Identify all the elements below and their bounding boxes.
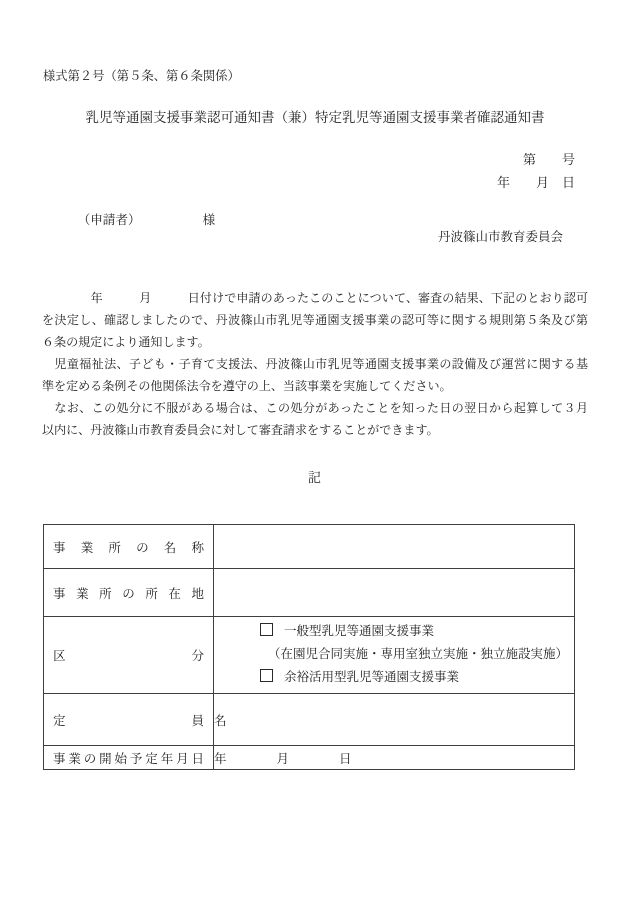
- business-address-value: [214, 569, 575, 617]
- category-option-surplus-label: 余裕活用型乳児等通園支援事業: [284, 670, 459, 684]
- table-row-business-address: 事業所の所在地: [44, 569, 575, 617]
- body-line: 以内に、丹波篠山市教育委員会に対して審査請求をすることができます。: [42, 419, 588, 441]
- document-number-line: 第 号: [523, 149, 575, 168]
- table-row-business-name: 事業所の名称: [44, 525, 575, 569]
- checkbox-surplus-type-icon: [260, 669, 273, 682]
- form-number-note: 様式第２号（第５条、第６条関係）: [43, 66, 240, 84]
- category-value: 一般型乳児等通園支援事業 （在園児合同実施・専用室独立実施・独立施設実施） 余裕…: [214, 617, 575, 694]
- details-table: 事業所の名称 事業所の所在地 区分 一般型乳児等通園支援事業 （在園児合同実施・…: [43, 524, 575, 770]
- document-title: 乳児等通園支援事業認可通知書（兼）特定乳児等通園支援事業者確認通知書: [0, 106, 630, 126]
- applicant-label: （申請者）: [78, 213, 141, 227]
- start-date-label: 事業の開始予定年月日: [44, 746, 214, 770]
- category-label: 区分: [44, 617, 214, 694]
- business-name-label: 事業所の名称: [44, 525, 214, 569]
- capacity-label: 定員: [44, 694, 214, 746]
- body-line: 年 月 日付けで申請のあったこのことについて、審査の結果、下記のとおり認可: [42, 287, 588, 309]
- body-line: 児童福祉法、子ども・子育て支援法、丹波篠山市乳児等通園支援事業の設備及び運営に関…: [42, 353, 588, 375]
- checkbox-general-type-icon: [260, 623, 273, 636]
- business-name-value: [214, 525, 575, 569]
- body-line: ６条の規定により通知します。: [42, 331, 588, 353]
- business-address-label: 事業所の所在地: [44, 569, 214, 617]
- body-line: なお、この処分に不服がある場合は、この処分があったことを知った日の翌日から起算し…: [42, 397, 588, 419]
- document-date-line: 年 月 日: [497, 172, 575, 191]
- applicant-line: （申請者）様: [65, 194, 215, 243]
- issuer-name: 丹波篠山市教育委員会: [438, 227, 563, 245]
- start-date-value: 年 月 日: [214, 746, 575, 770]
- body-line: 準を定める条例その他関係法令を遵守の上、当該事業を実施してください。: [42, 375, 588, 397]
- category-option-general-label: 一般型乳児等通園支援事業: [284, 624, 434, 638]
- table-row-capacity: 定員 名: [44, 694, 575, 746]
- table-row-start-date: 事業の開始予定年月日 年 月 日: [44, 746, 575, 770]
- body-line: を決定し、確認しましたので、丹波篠山市乳児等通園支援事業の認可等に関する規則第５…: [42, 309, 588, 331]
- category-option-general-note: （在園児合同実施・専用室独立実施・独立施設実施）: [214, 643, 574, 666]
- category-option-general: 一般型乳児等通園支援事業: [214, 620, 574, 643]
- applicant-honorific: 様: [203, 213, 216, 227]
- capacity-value: 名: [214, 694, 575, 746]
- ki-heading: 記: [0, 467, 630, 486]
- table-row-category: 区分 一般型乳児等通園支援事業 （在園児合同実施・専用室独立実施・独立施設実施）…: [44, 617, 575, 694]
- body-text: 年 月 日付けで申請のあったこのことについて、審査の結果、下記のとおり認可 を決…: [42, 287, 588, 441]
- document-page: 様式第２号（第５条、第６条関係） 乳児等通園支援事業認可通知書（兼）特定乳児等通…: [0, 0, 630, 903]
- category-option-surplus: 余裕活用型乳児等通園支援事業: [214, 666, 574, 689]
